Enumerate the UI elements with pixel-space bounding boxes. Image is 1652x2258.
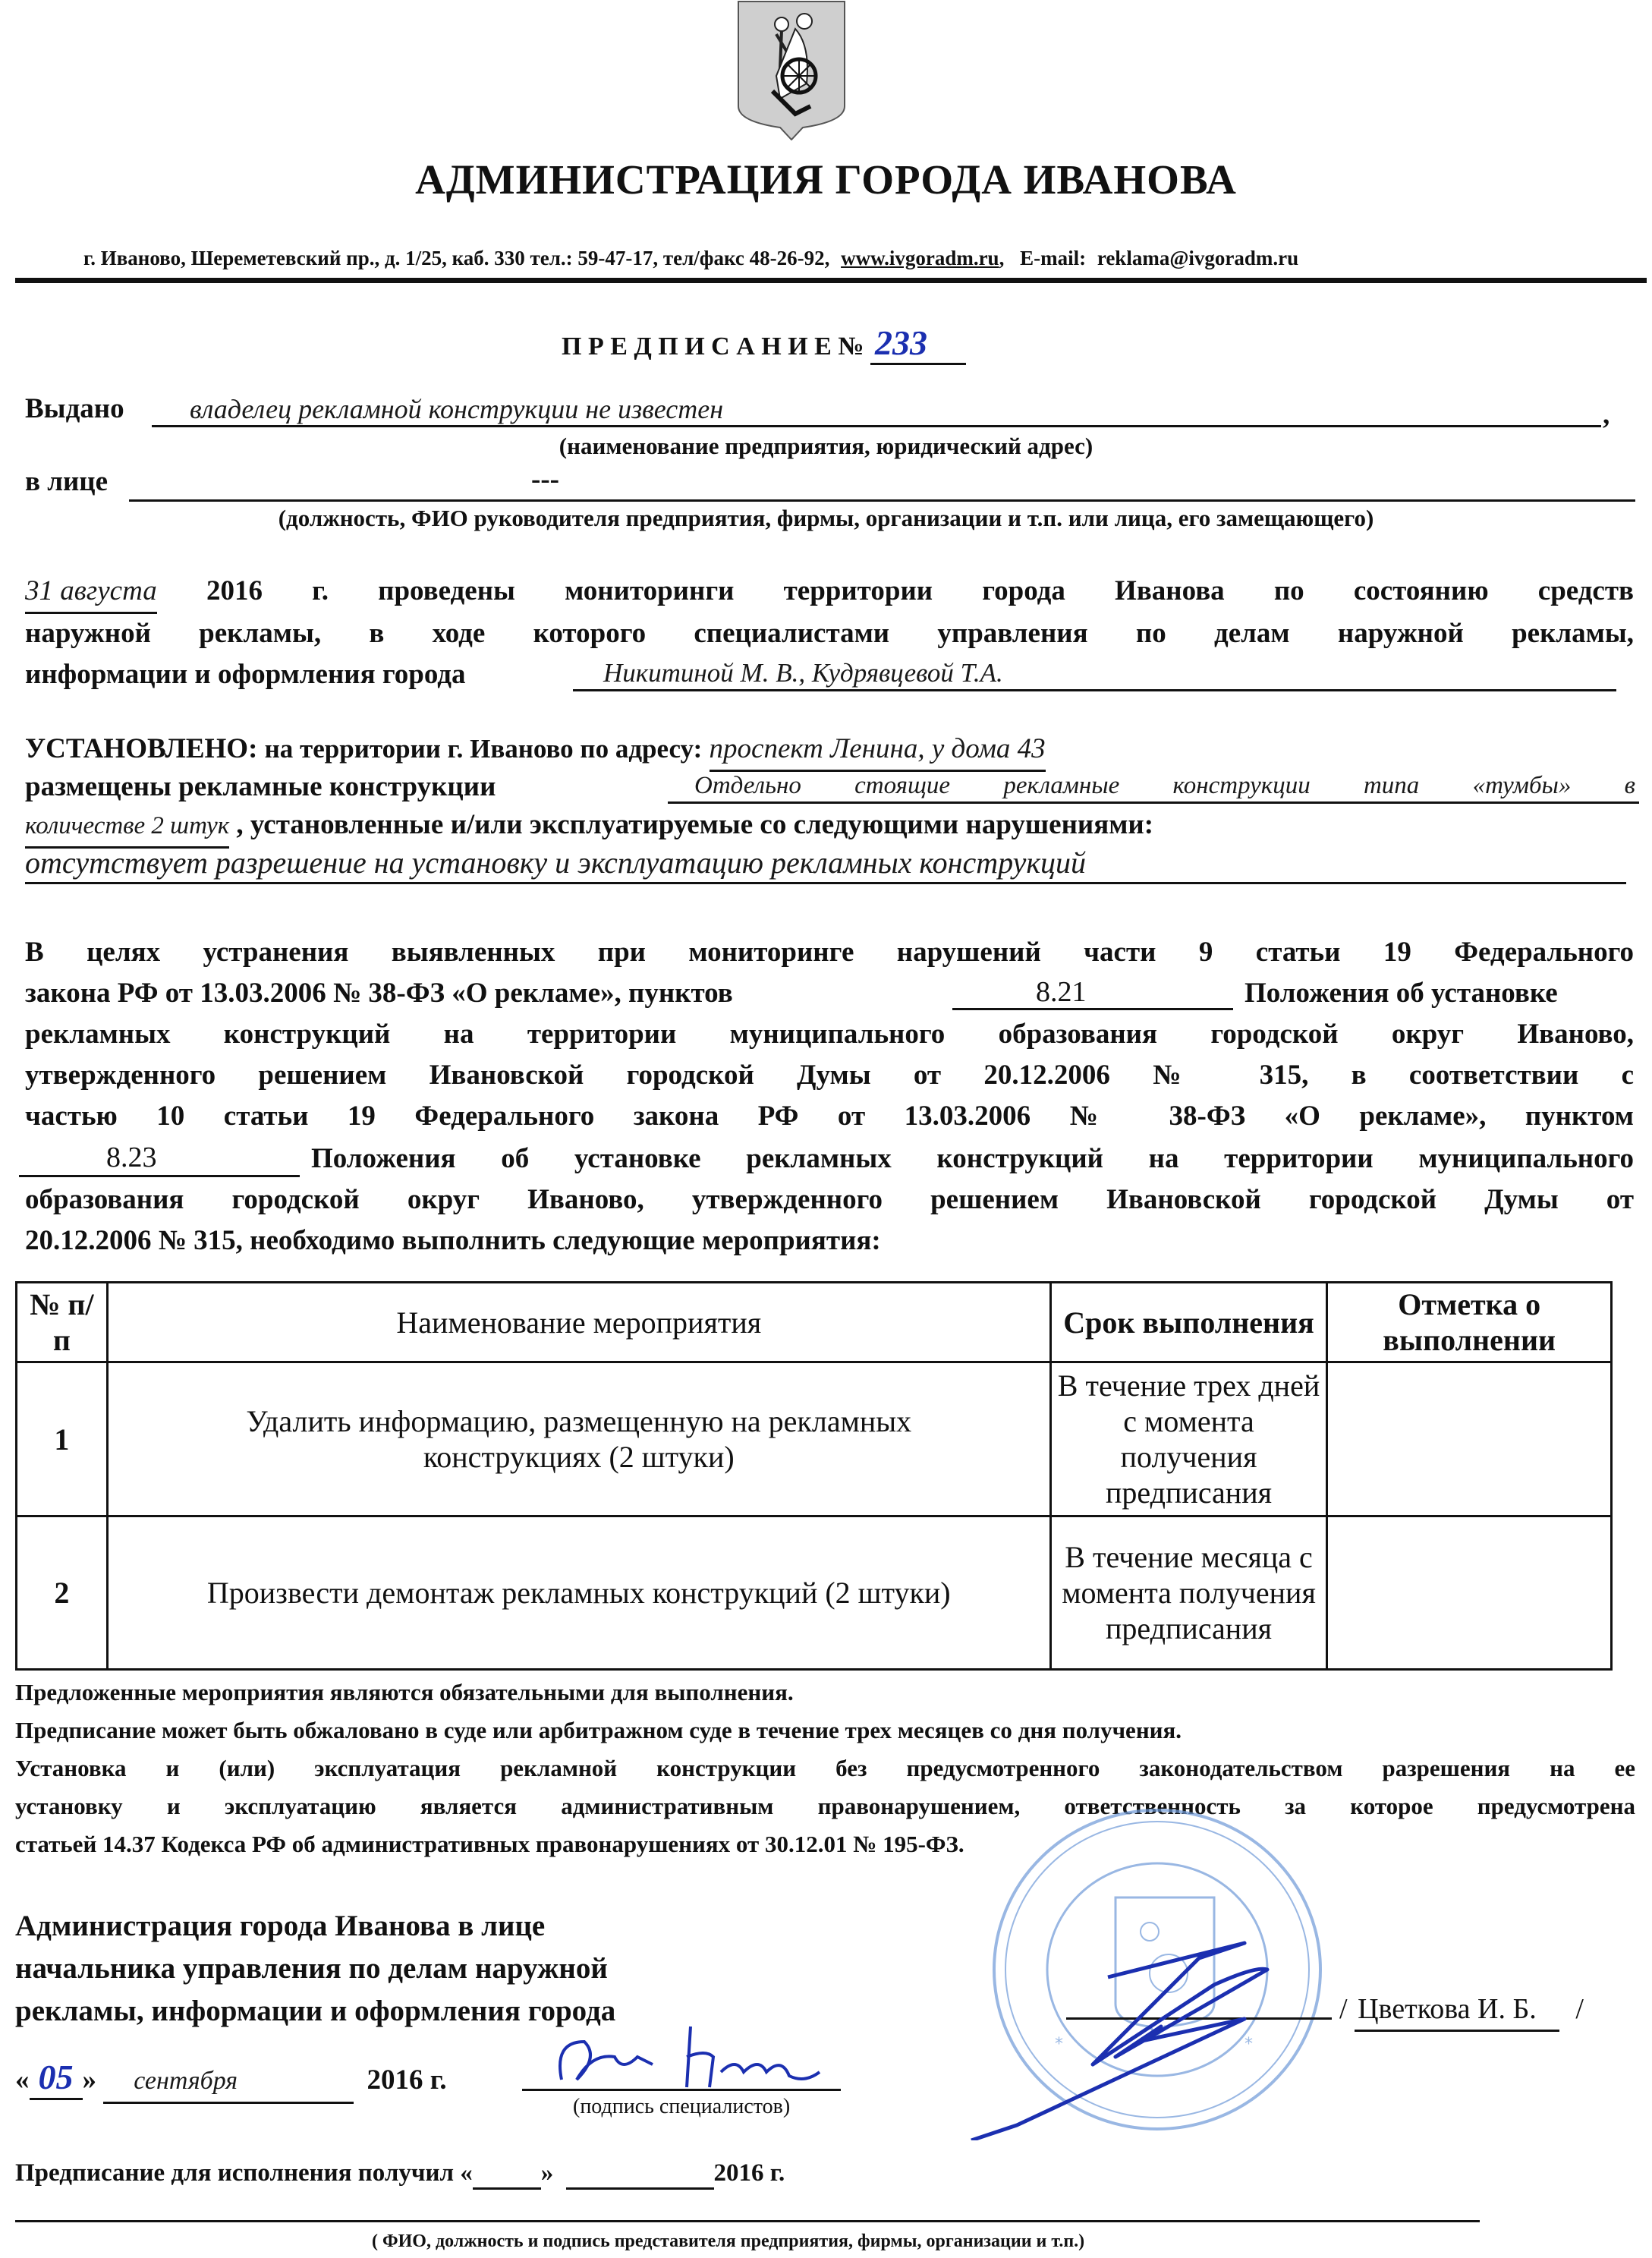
header-mark: Отметка о выполнении — [1327, 1283, 1612, 1362]
ivanovo-coat-of-arms-icon — [735, 0, 848, 140]
head-signature-icon — [956, 1913, 1351, 2140]
legal-line-8: 20.12.2006 № 315, необходимо выполнить с… — [25, 1220, 881, 1261]
row-name: Удалить информацию, размещенную на рекла… — [107, 1362, 1050, 1516]
header-name: Наименование мероприятия — [107, 1283, 1050, 1362]
legal-line-7: образования городской округ Иваново, утв… — [25, 1179, 1634, 1220]
receipt-row: Предписание для исполнения получил « » 2… — [15, 2159, 785, 2190]
row-num: 2 — [17, 1516, 108, 1670]
row-mark[interactable] — [1327, 1516, 1612, 1670]
comma: , — [1603, 395, 1610, 436]
point2-underline — [19, 1175, 300, 1177]
document-title: П Р Е Д П И С А Н И Е № — [562, 332, 864, 361]
legal-line-4: утвержденного решением Ивановской городс… — [25, 1055, 1634, 1096]
measures-table: № п/п Наименование мероприятия Срок выпо… — [15, 1281, 1613, 1671]
note-1: Предложенные мероприятия являются обязат… — [15, 1674, 794, 1711]
row-deadline: В течение трех дней с момента получения … — [1050, 1362, 1327, 1516]
head-name-row: / Цветкова И. Б. / — [1339, 1989, 1584, 2032]
sign-date-month: сентября — [103, 2061, 354, 2104]
row-name: Произвести демонтаж рекламных конструкци… — [107, 1516, 1050, 1670]
contact-line: г. Иваново, Шереметевский пр., д. 1/25, … — [83, 247, 1298, 270]
legal-line-3: рекламных конструкций на территории муни… — [25, 1014, 1634, 1055]
receipt-caption: ( ФИО, должность и подпись представителя… — [372, 2231, 1084, 2252]
specialists-signature-icon — [539, 2011, 964, 2102]
issued-to-caption: (наименование предприятия, юридический а… — [0, 433, 1652, 460]
monitoring-text-3: информации и оформления города — [25, 659, 466, 690]
legal-line-6: Положения об установке рекламных констру… — [311, 1138, 1634, 1179]
person-underline — [129, 499, 1635, 502]
issued-to-label: Выдано — [25, 389, 124, 430]
quote-open: « — [15, 2064, 30, 2096]
org-title: АДМИНИСТРАЦИЯ ГОРОДА ИВАНОВА — [0, 156, 1652, 203]
point1-value: 8.21 — [1036, 972, 1087, 1012]
signature-line-3: рекламы, информации и оформления города — [15, 1990, 615, 2033]
receipt-text: Предписание для исполнения получил « — [15, 2159, 473, 2187]
monitoring-date: 31 августа — [25, 571, 157, 614]
website-link[interactable]: www.ivgoradm.ru — [841, 247, 999, 269]
email-label: E-mail: — [1020, 247, 1086, 269]
sign-date-row: «05» сентября 2016 г. — [15, 2057, 447, 2104]
receipt-signature-line[interactable] — [15, 2220, 1480, 2222]
specialists-caption: (подпись специалистов) — [573, 2095, 790, 2119]
quote-close: » — [83, 2064, 97, 2096]
receipt-quote-close: » — [541, 2159, 554, 2187]
receipt-year: 2016 г. — [714, 2159, 785, 2187]
note-3-line-2: установку и эксплуатацию является админи… — [15, 1788, 1635, 1825]
note-3-line-3: статьей 14.37 Кодекса РФ об администрати… — [15, 1826, 964, 1863]
monitoring-line-3: информации и оформления города — [25, 654, 466, 695]
monitoring-text-1: 2016 г. проведены мониторинги территории… — [206, 575, 1634, 606]
row-num: 1 — [17, 1362, 108, 1516]
header-num: № п/п — [17, 1283, 108, 1362]
email-link[interactable]: reklama@ivgoradm.ru — [1097, 247, 1298, 269]
sign-date-year: 2016 г. — [367, 2064, 447, 2096]
table-header-row: № п/п Наименование мероприятия Срок выпо… — [17, 1283, 1612, 1362]
address-text: г. Иваново, Шереметевский пр., д. 1/25, … — [83, 247, 829, 269]
person-label: в лице — [25, 461, 108, 502]
slash: / — [1575, 1993, 1584, 2025]
placed-value-1: Отдельно стоящие рекламные конструкции т… — [694, 765, 1635, 806]
table-row: 2 Произвести демонтаж рекламных конструк… — [17, 1516, 1612, 1670]
monitoring-line-1: 31 августа 2016 г. проведены мониторинги… — [25, 571, 1634, 614]
receipt-day-field[interactable] — [473, 2159, 541, 2190]
person-caption: (должность, ФИО руководителя предприятия… — [0, 505, 1652, 532]
point2-value: 8.23 — [106, 1137, 157, 1178]
issued-to-value: владелец рекламной конструкции не извест… — [190, 389, 723, 430]
established-label: УСТАНОВЛЕНО: — [25, 733, 257, 764]
point1-underline — [952, 1008, 1233, 1010]
placed-label: размещены рекламные конструкции — [25, 767, 496, 808]
note-3-line-1: Установка и (или) эксплуатация рекламной… — [15, 1750, 1635, 1787]
person-value: --- — [531, 459, 559, 500]
row-deadline: В течение месяца с момента получения пре… — [1050, 1516, 1327, 1670]
table-row: 1 Удалить информацию, размещенную на рек… — [17, 1362, 1612, 1516]
established-address-prefix: на территории г. Иваново по адресу: — [265, 734, 703, 764]
signature-line-1: Администрация города Иванова в лице — [15, 1905, 545, 1948]
legal-line-1: В целях устранения выявленных при монито… — [25, 932, 1634, 973]
violation-value: отсутствует разрешение на установку и эк… — [25, 842, 1086, 883]
header-rule — [15, 278, 1647, 283]
document-title-row: П Р Е Д П И С А Н И Е № 233 — [562, 323, 966, 365]
header-deadline: Срок выполнения — [1050, 1283, 1327, 1362]
sign-date-day: 05 — [30, 2057, 83, 2100]
specialists-value: Никитиной М. В., Кудрявцевой Т.А. — [603, 653, 1003, 694]
document-number: 233 — [870, 323, 966, 365]
legal-line-2-suffix: Положения об установке — [1245, 973, 1558, 1014]
head-name: Цветкова И. Б. — [1355, 1989, 1559, 2032]
signature-line-2: начальника управления по делам наружной — [15, 1948, 608, 1990]
comma: , — [999, 247, 1005, 269]
legal-line-2-prefix: закона РФ от 13.03.2006 № 38-ФЗ «О рекла… — [25, 973, 733, 1014]
receipt-month-field[interactable] — [566, 2159, 714, 2190]
violations-prefix: , установленные и/или эксплуатируемые со… — [236, 809, 1153, 840]
note-2: Предписание может быть обжаловано в суде… — [15, 1712, 1182, 1749]
row-mark[interactable] — [1327, 1362, 1612, 1516]
legal-line-5: частью 10 статьи 19 Федерального закона … — [25, 1096, 1634, 1137]
monitoring-line-2: наружной рекламы, в ходе которого специа… — [25, 613, 1634, 654]
